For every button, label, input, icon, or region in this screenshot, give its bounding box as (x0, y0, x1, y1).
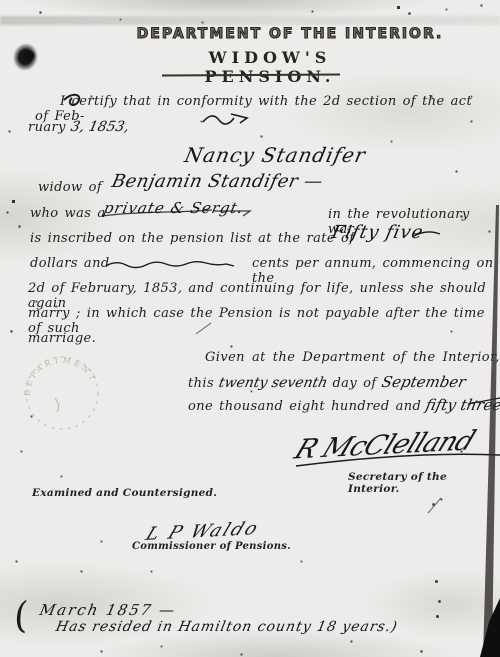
scanned-pension-certificate: DEPARTMENT OF THE INTERIOR. WIDOW'S PENS… (0, 0, 500, 657)
stray-mark-1 (196, 323, 211, 334)
seal-arc-text: DEPARTMENT (23, 355, 99, 396)
stray-mark-2 (428, 498, 441, 513)
rank-strike-mark (102, 210, 250, 216)
embossed-seal: DEPARTMENT (23, 355, 99, 429)
rate-flourish-mark (414, 232, 440, 236)
signature-underline (296, 454, 500, 466)
cents-blank-squiggle (106, 262, 234, 268)
paper-edge-line (483, 205, 499, 657)
ink-marks-overlay: DEPARTMENT (0, 0, 500, 657)
svg-text:DEPARTMENT: DEPARTMENT (23, 355, 99, 396)
pen-curl-mark (64, 95, 79, 105)
date-flourish-mark (203, 114, 247, 124)
